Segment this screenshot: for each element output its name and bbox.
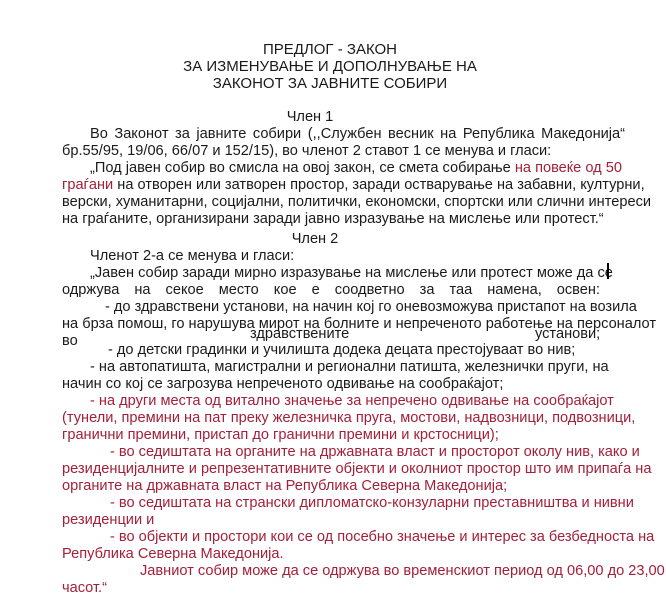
quote-text: „Под јавен собир во смисла на овој закон… [90,160,515,176]
title-line-3: ЗАКОНОТ ЗА ЈАВНИТЕ СОБИРИ [62,75,598,92]
article-1-intro-line-1: Во Законот за јавните собири (,,Службен … [90,126,625,143]
article-1-quote-line-4: на граѓаните, организирани заради јавно … [62,211,598,228]
text: „Јавен собир заради мирно изразување на … [90,265,613,281]
article-2-line-7: - на автопатишта, магистрални и регионал… [90,359,602,376]
article-2-line-3: - до здравствени установи, на начин кој … [105,299,641,316]
amended-text: на повеќе од 50 [515,160,622,176]
article-1-quote-line-2: граѓани на отворен или затворен простор,… [62,177,625,194]
quote-text: на отворен или затворен простор, заради … [113,177,644,193]
amended-line-9: - во објекти и простори кои се од посебн… [110,529,646,546]
amended-line-7: - во седиштата на странски дипломатско-к… [110,495,602,512]
amended-line-1: - на други места од витално значење за н… [90,393,602,410]
article-2-line-5c: установи; [535,326,615,343]
title-line-2: ЗА ИЗМЕНУВАЊЕ И ДОПОЛНУВАЊЕ НА [62,58,598,75]
article-2-intro: Членот 2-а се менува и гласи: [90,248,626,265]
article-2-heading: Член 2 [240,231,390,248]
amended-line-2: (тунели, премини на пат преку железничка… [62,410,602,427]
document-page: ПРЕДЛОГ - ЗАКОН ЗА ИЗМЕНУВАЊЕ И ДОПОЛНУВ… [0,0,666,605]
amended-line-10: Република Северна Македонија. [62,546,598,563]
amended-line-8: резиденции и [62,512,598,529]
article-2-line-2: одржува на секое место кое е соодветно з… [62,282,600,299]
article-1-heading: Член 1 [230,109,390,126]
amended-line-3: гранични премини, пристап до гранични пр… [62,427,598,444]
article-1-quote-line-1: „Под јавен собир во смисла на овој закон… [90,160,625,177]
article-1-quote-line-3: верски, хуманитарни, социјални, политичк… [62,194,625,211]
amended-line-6: органите на државната власт на Република… [62,478,598,495]
article-2-line-6: - до детски градинки и училишта додека д… [108,342,644,359]
amended-line-11: Јавниот собир може да се одржува во врем… [140,563,602,580]
amended-line-12: часот.“ [62,580,598,597]
article-1-intro-line-2: бр.55/95, 19/06, 66/07 и 152/15), во чле… [62,143,598,160]
article-2-line-5b: здравствените [250,326,370,343]
article-2-line-8: начин со кој се загрозува непреченото од… [62,376,598,393]
text-cursor [607,263,609,279]
amended-line-4: - во седиштата на органите на државната … [110,444,602,461]
article-2-line-1: „Јавен собир заради мирно изразување на … [90,265,602,282]
title-line-1: ПРЕДЛОГ - ЗАКОН [62,41,598,58]
amended-line-5: резиденцијалните и репрезентативните обј… [62,461,602,478]
amended-text: граѓани [62,177,113,193]
